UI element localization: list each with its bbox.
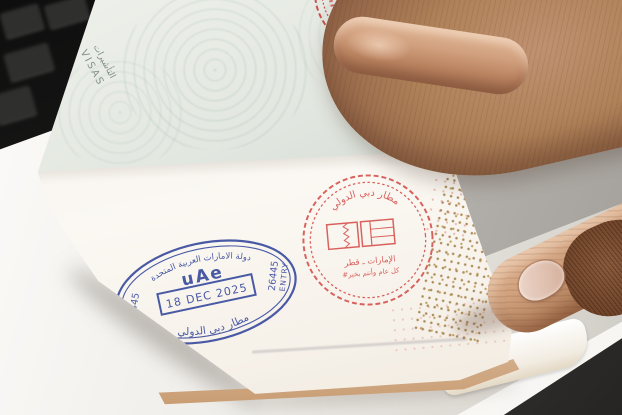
keyboard-key	[44, 0, 91, 29]
round-stamp: مطار دبي الدولي الإمارات ـ قطر #كل عام و…	[293, 165, 443, 315]
svg-text:مطار دبي الدولي: مطار دبي الدولي	[327, 185, 402, 214]
round-stamp-greeting: #كل عام وأنتم بخير	[342, 265, 401, 279]
keyboard-key	[0, 85, 37, 125]
guilloche-pattern	[55, 55, 185, 170]
keyboard-key	[3, 42, 55, 82]
round-stamp-airport: مطار دبي الدولي	[327, 185, 402, 214]
entry-stamp-entry-label: ENTRY	[278, 262, 290, 292]
keyboard-key	[0, 3, 45, 39]
passport-photo-scene: دولة الامارات العربية المتحدة uAe 18 DEC…	[0, 0, 622, 415]
